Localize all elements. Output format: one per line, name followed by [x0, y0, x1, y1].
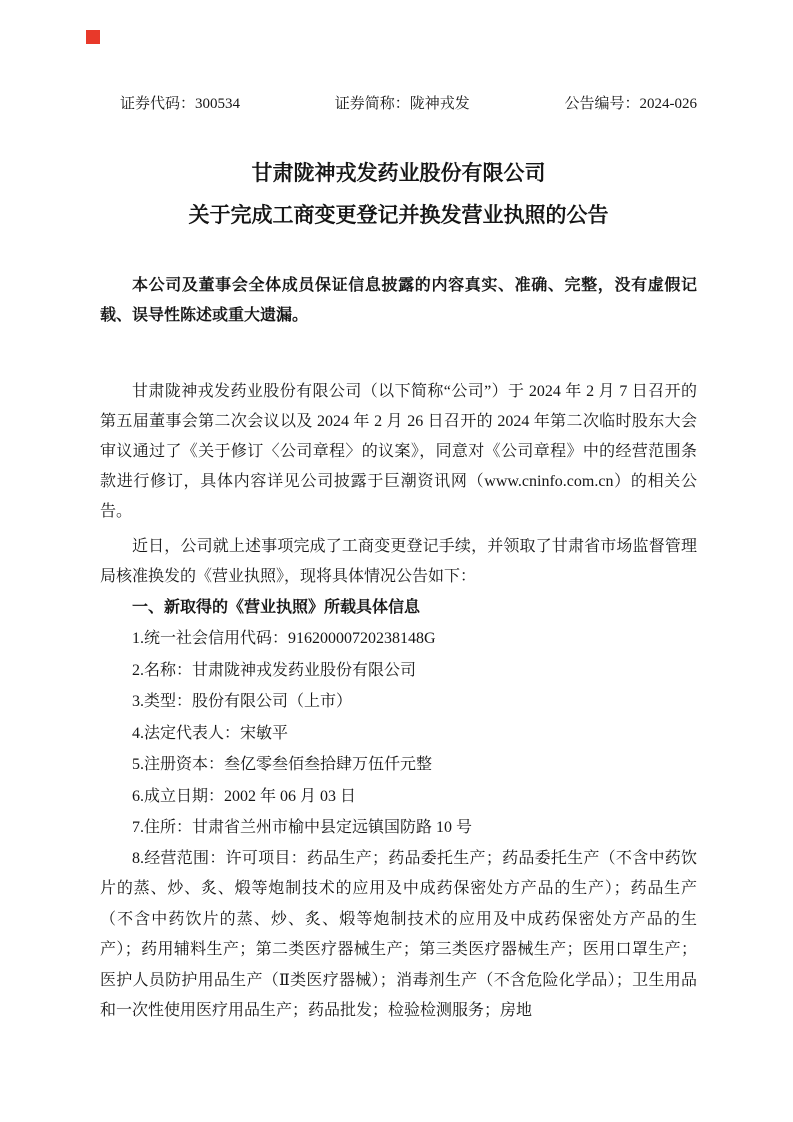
- announcement-number: 公告编号：2024-026: [565, 93, 698, 115]
- paragraph-resolution: 甘肃陇神戎发药业股份有限公司（以下简称“公司”）于 2024 年 2 月 7 日…: [100, 377, 697, 527]
- company-title: 甘肃陇神戎发药业股份有限公司: [100, 159, 697, 187]
- stock-code: 证券代码：300534: [120, 93, 240, 115]
- list-item-credit-code: 1.统一社会信用代码：91620000720238148G: [100, 623, 697, 655]
- announcement-title: 关于完成工商变更登记并换发营业执照的公告: [100, 201, 697, 229]
- list-item-legal-representative: 4.法定代表人：宋敏平: [100, 718, 697, 750]
- red-square-marker: [86, 30, 100, 44]
- section-heading: 一、新取得的《营业执照》所载具体信息: [100, 592, 697, 623]
- securities-header: 证券代码：300534 证券简称：陇神戎发 公告编号：2024-026: [100, 93, 697, 115]
- announcement-page: 证券代码：300534 证券简称：陇神戎发 公告编号：2024-026 甘肃陇神…: [0, 0, 793, 1122]
- list-item-business-scope: 8.经营范围：许可项目：药品生产；药品委托生产；药品委托生产（不含中药饮片的蒸、…: [100, 844, 697, 1027]
- page-content: 证券代码：300534 证券简称：陇神戎发 公告编号：2024-026 甘肃陇神…: [0, 0, 793, 1027]
- list-item-name: 2.名称：甘肃陇神戎发药业股份有限公司: [100, 655, 697, 687]
- list-item-address: 7.住所：甘肃省兰州市榆中县定远镇国防路 10 号: [100, 812, 697, 844]
- paragraph-recent: 近日，公司就上述事项完成了工商变更登记手续，并领取了甘肃省市场监督管理局核准换发…: [100, 532, 697, 592]
- list-item-establish-date: 6.成立日期：2002 年 06 月 03 日: [100, 781, 697, 813]
- stock-short-name: 证券简称：陇神戎发: [335, 93, 470, 115]
- list-item-type: 3.类型：股份有限公司（上市）: [100, 686, 697, 718]
- disclaimer-paragraph: 本公司及董事会全体成员保证信息披露的内容真实、准确、完整，没有虚假记载、误导性陈…: [100, 271, 697, 331]
- list-item-registered-capital: 5.注册资本：叁亿零叁佰叁拾肆万伍仟元整: [100, 749, 697, 781]
